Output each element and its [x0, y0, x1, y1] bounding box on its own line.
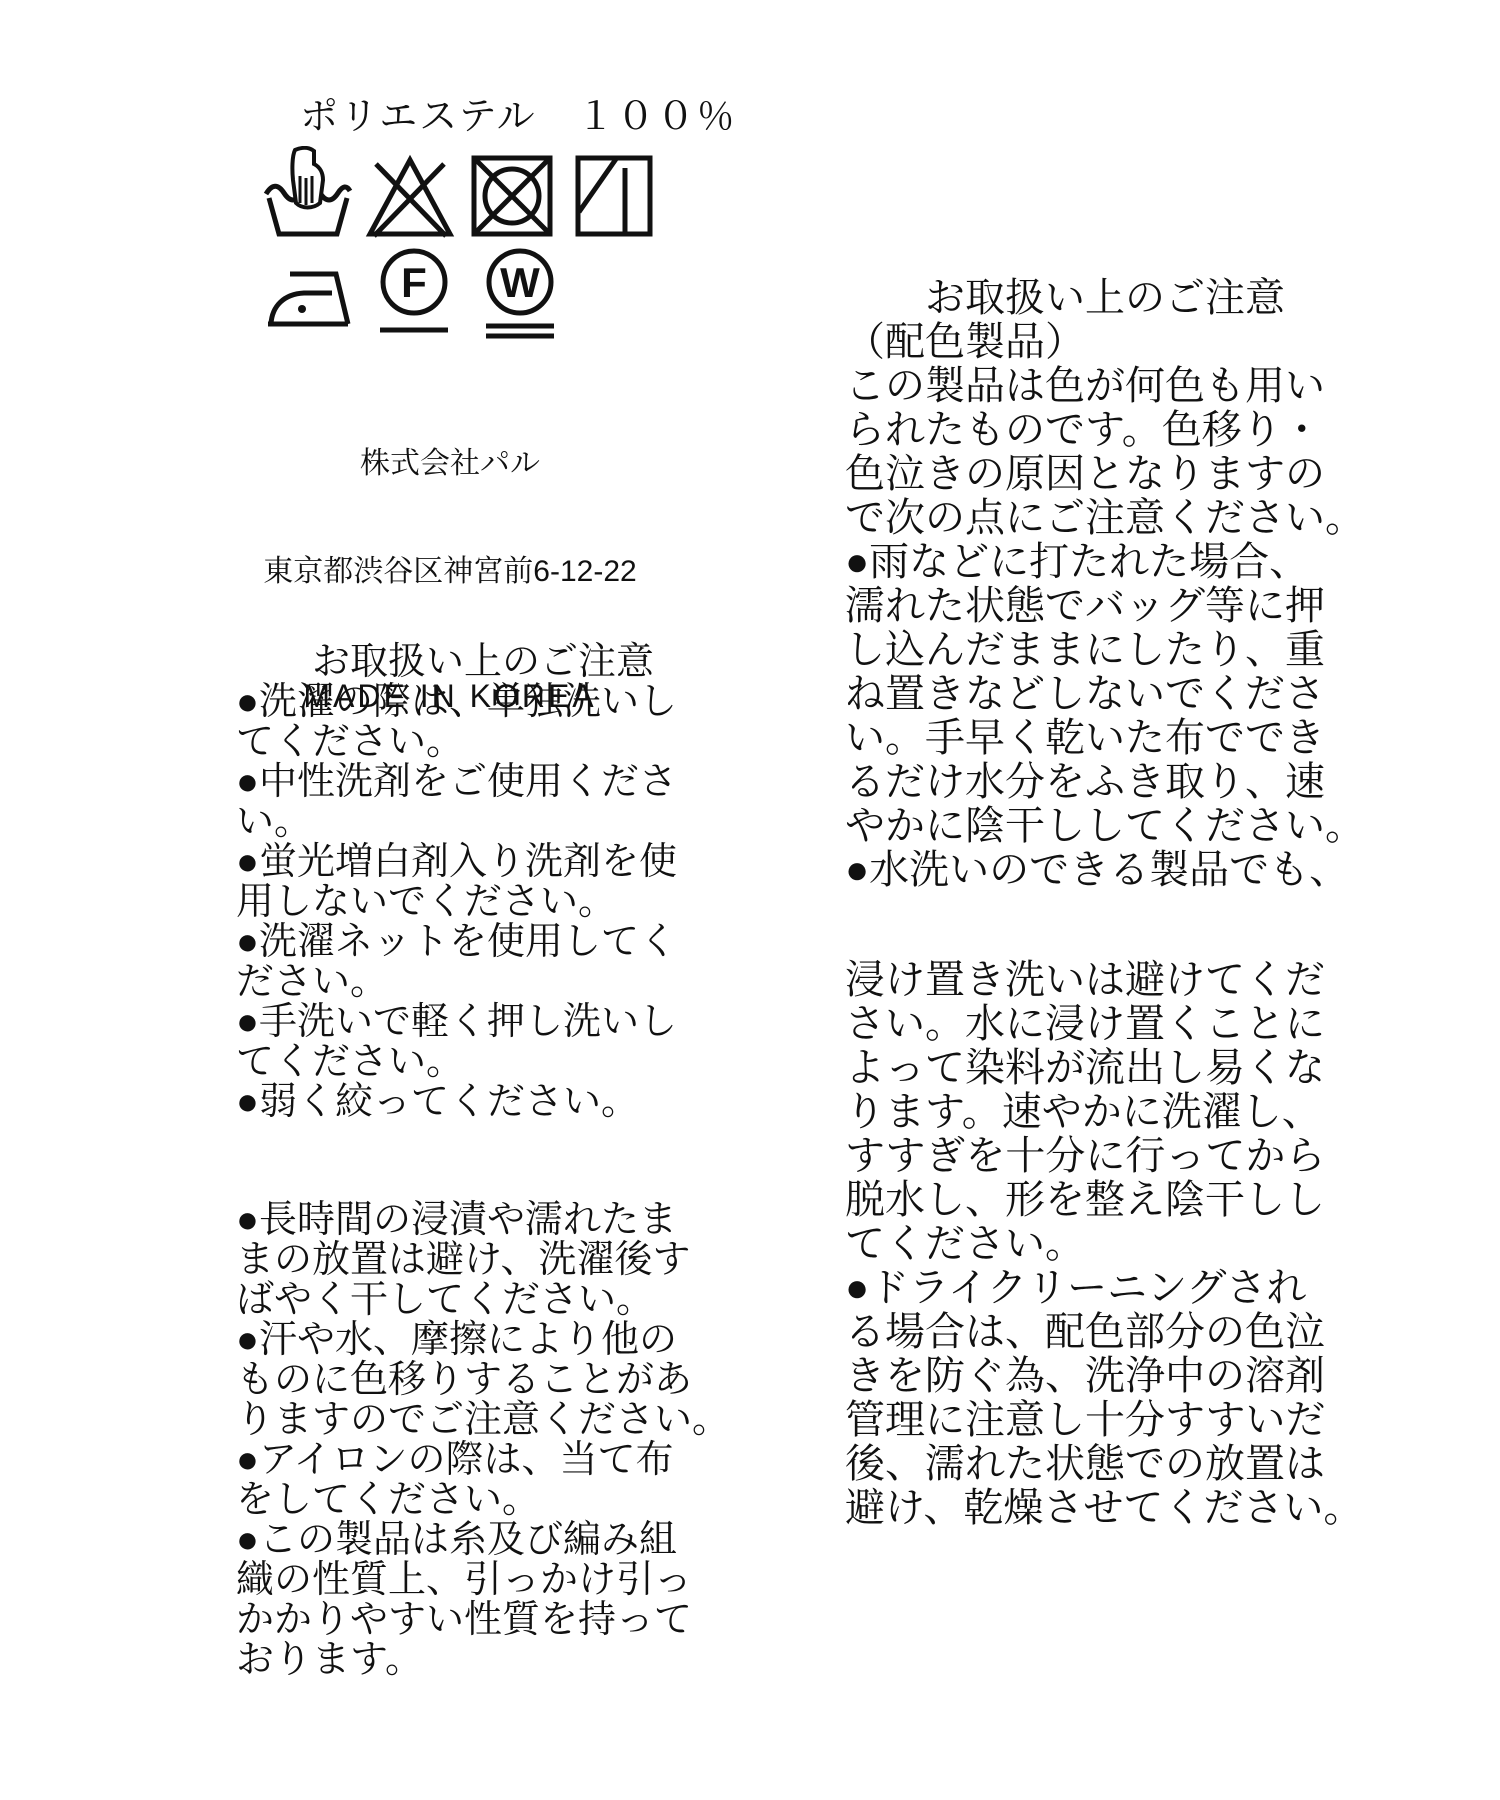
company-name: 株式会社パル — [150, 446, 750, 482]
care-instructions-right-extra: 浸け置き洗いは避けてくだ さい。水に浸け置くことに よって染料が流出し易くな り… — [845, 958, 1363, 1530]
company-address: 東京都渋谷区神宮前6-12-22 — [150, 554, 750, 590]
dry-clean-petroleum-icon: F — [368, 244, 460, 340]
wet-clean-gentle-icon: W — [474, 244, 566, 340]
care-instructions-left-extra: ●長時間の浸漬や濡れたま まの放置は避け、洗濯後す ばやく干してください。 ●汗… — [236, 1200, 730, 1680]
care-instructions-right-notice: お取扱い上のご注意 （配色製品） この製品は色が何色も用い られたものです。色移… — [845, 276, 1365, 892]
care-symbols-row-1 — [262, 146, 660, 242]
care-instructions-left-notice: お取扱い上のご注意 ●洗濯の際は、単独洗いし てください。 ●中性洗剤をご使用く… — [236, 642, 677, 1122]
line-dry-in-shade-icon — [568, 146, 660, 242]
hand-wash-icon — [262, 146, 354, 242]
iron-low-heat-icon — [262, 244, 354, 340]
care-symbols-row-2: F W — [262, 244, 566, 340]
do-not-tumble-dry-icon — [466, 146, 558, 242]
garment-care-label: ポリエステル １００％ — [0, 0, 1500, 1800]
dry-clean-letter: F — [401, 259, 427, 306]
wet-clean-letter: W — [500, 259, 540, 306]
do-not-bleach-icon — [364, 146, 456, 242]
very-gentle-process-underlines — [486, 326, 554, 336]
fiber-composition-text: ポリエステル １００％ — [300, 94, 737, 140]
